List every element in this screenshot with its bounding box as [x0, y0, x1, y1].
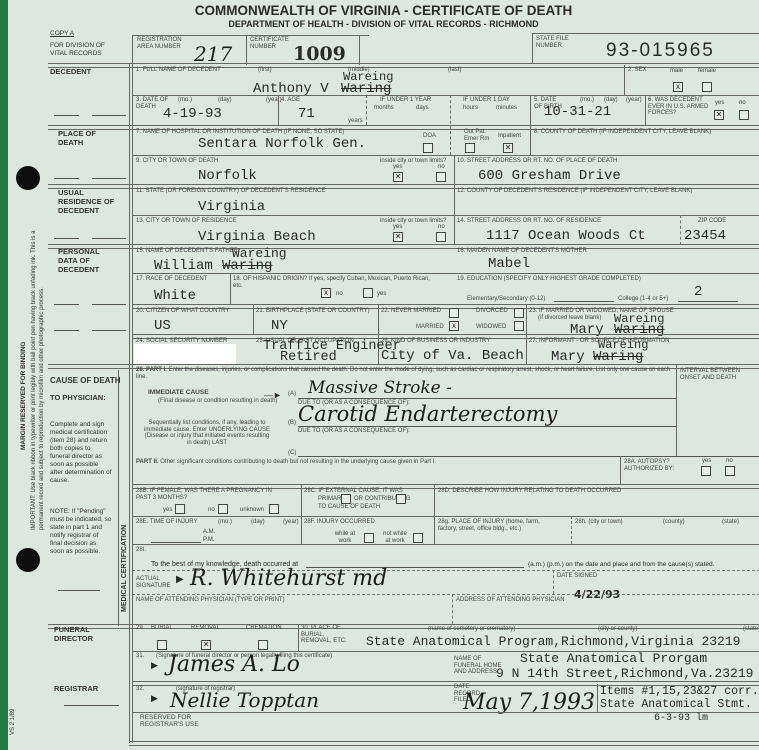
city-of-death-label: 9. CITY OR TOWN OF DEATH: [136, 158, 218, 165]
death-inside-limits-no[interactable]: [436, 172, 446, 182]
birthplace-label: 21. BIRTHPLACE (state or country): [256, 308, 370, 315]
date-of-death-value: 4-19-93: [163, 106, 222, 122]
reserved-label: RESERVED FOR REGISTRAR'S USE: [140, 715, 210, 728]
education-college-value: 2: [694, 284, 702, 300]
hispanic-no-checkbox[interactable]: x: [321, 288, 331, 298]
section-funeral-director: FUNERAL DIRECTOR: [54, 625, 114, 643]
funeral-director-signature[interactable]: James A. Lo: [168, 652, 300, 677]
inpatient-checkbox[interactable]: ✕: [503, 143, 513, 153]
place-injury-label: 28g. PLACE OF INJURY (home, farm, factor…: [438, 519, 548, 532]
never-married-label: 22. NEVER MARRIED: [381, 308, 441, 315]
autopsy-yes-checkbox[interactable]: [701, 466, 711, 476]
not-at-work-checkbox[interactable]: [413, 533, 423, 543]
correction-line-3: 6-3-93 lm: [654, 713, 708, 724]
age-value: 71: [298, 106, 315, 122]
zip-label: ZIP CODE: [698, 218, 726, 225]
physician-signature[interactable]: R. Whitehurst md: [190, 566, 387, 591]
external-cause-label: 28c. IF EXTERNAL CAUSE, IT WAS: [304, 488, 403, 495]
father-first: William: [154, 258, 213, 274]
father-last-correction: Wareing: [232, 246, 287, 261]
autopsy-no-checkbox[interactable]: [725, 466, 735, 476]
doa-checkbox[interactable]: [423, 143, 433, 153]
county-of-death-label: 8. COUNTY OF DEATH (if independent city,…: [534, 129, 711, 136]
never-married-checkbox[interactable]: [449, 308, 459, 318]
sex-female-checkbox[interactable]: [702, 82, 712, 92]
business-value: City of Va. Beach: [381, 348, 524, 364]
arrow-icon: ▶: [151, 693, 158, 704]
occupation-line2: Retired: [280, 350, 337, 365]
informant-first: Mary: [551, 349, 585, 365]
sex-male-label: male: [670, 68, 683, 75]
sequential-instructions: Sequentially list conditions, if any, le…: [142, 420, 272, 446]
external-primary-checkbox[interactable]: [341, 494, 351, 504]
section-usual-residence: USUAL RESIDENCE OF DECEDENT: [58, 188, 128, 215]
removal-checkbox[interactable]: ✕: [201, 640, 211, 650]
outpatient-checkbox[interactable]: [465, 143, 475, 153]
residence-street-value: 1117 Ocean Woods Ct: [486, 228, 646, 244]
hospital-value: Sentara Norfolk Gen.: [198, 136, 366, 152]
certificate-title: COMMONWEALTH OF VIRGINIA - CERTIFICATE O…: [8, 3, 759, 18]
correction-line-1: Items #1,15,23&27 corr.by: [600, 685, 759, 698]
death-street-value: 600 Gresham Drive: [478, 168, 621, 184]
armed-forces-label: 6. WAS DECEDENT EVER IN U.S. ARMED FORCE…: [648, 97, 710, 117]
state-file-value: 93-015965: [606, 40, 715, 62]
registration-area-label: REGISTRATION AREA NUMBER: [137, 37, 197, 50]
residence-city-label: 13. CITY OR TOWN OF RESIDENCE: [136, 218, 237, 225]
binding-hole-top: [16, 166, 40, 190]
cause-line-b: Carotid Endarterectomy: [298, 402, 557, 426]
state-file-label: STATE FILE NUMBER: [536, 36, 576, 49]
citizen-value: US: [154, 318, 171, 334]
mother-value: Mabel: [488, 256, 530, 272]
binding-margin-text: MARGIN RESERVED FOR BINDING: [20, 341, 27, 450]
actual-signature-label: ACTUAL SIGNATURE: [136, 576, 171, 589]
arrow-icon: ▶: [176, 574, 184, 585]
mother-label: 16. MAIDEN NAME OF DECEDENT'S MOTHER: [457, 248, 587, 255]
arrow-icon: —►: [264, 390, 282, 400]
certificate-number-value: 1009: [293, 43, 346, 65]
under-1-year-label: IF UNDER 1 YEAR: [380, 97, 431, 104]
residence-state-value: Virginia: [198, 199, 265, 215]
hispanic-yes-checkbox[interactable]: [363, 288, 373, 298]
time-of-injury-label: 28e. TIME OF INJURY: [136, 519, 197, 526]
sex-male-checkbox[interactable]: x: [673, 82, 683, 92]
part2-label: PART II. Other significant conditions co…: [136, 459, 436, 466]
section-decedent: DECEDENT: [50, 67, 91, 76]
pregnancy-no-checkbox[interactable]: [218, 504, 228, 514]
form-code: VS 2 1/89: [10, 709, 16, 735]
divorced-checkbox[interactable]: [514, 308, 524, 318]
correction-line-2: State Anatomical Stmt.: [600, 698, 752, 711]
to-physician-label: TO PHYSICIAN:: [50, 393, 110, 402]
under-1-day-label: IF UNDER 1 DAY: [463, 97, 510, 104]
sex-female-label: female: [698, 68, 716, 75]
medical-certification-label: MEDICAL CERTIFICATION: [121, 525, 128, 612]
business-label: 26. KIND OF BUSINESS OR INDUSTRY: [381, 338, 490, 345]
copy-label: COPY A: [50, 30, 74, 38]
cause-line-a: Massive Stroke -: [308, 378, 452, 398]
last-label: (last): [448, 67, 461, 74]
copy-for: FOR DIVISION OF VITAL RECORDS: [50, 42, 120, 58]
education-label: 19. EDUCATION (Specify only highest grad…: [457, 276, 641, 283]
interval-label: INTERVAL BETWEEN ONSET AND DEATH: [680, 368, 750, 381]
father-label: 15. NAME OF DECEDENT'S FATHER: [136, 248, 238, 255]
residence-city-value: Virginia Beach: [198, 229, 316, 245]
birthplace-value: NY: [271, 318, 288, 334]
registrar-signature[interactable]: Nellie Topptan: [170, 688, 319, 712]
zip-value: 23454: [684, 228, 726, 244]
pregnancy-unknown-checkbox[interactable]: [269, 504, 279, 514]
widowed-checkbox[interactable]: [514, 321, 524, 331]
armed-forces-no-checkbox[interactable]: [739, 110, 749, 120]
cremation-checkbox[interactable]: [258, 640, 268, 650]
armed-forces-yes-checkbox[interactable]: ✕: [714, 110, 724, 120]
death-inside-limits-yes[interactable]: ✕: [393, 172, 403, 182]
certificate-number-label: CERTIFICATE NUMBER: [250, 37, 290, 50]
full-name-label: 1. FULL NAME OF DECEDENT: [136, 67, 221, 74]
knowledge-tail: (a.m.) (p.m.) on the date and place and …: [528, 561, 714, 568]
dob-value: 10-31-21: [544, 104, 611, 120]
sex-label: 2. SEX: [628, 67, 647, 74]
immediate-cause-label: IMMEDIATE CAUSE: [148, 390, 209, 397]
binding-hole-bottom: [16, 548, 40, 572]
attending-name-label: NAME OF ATTENDING PHYSICIAN (Type or pri…: [136, 597, 285, 604]
race-label: 17. RACE OF DECEDENT: [136, 276, 207, 283]
death-street-label: 10. STREET ADDRESS OR RT. NO. OF PLACE O…: [457, 158, 617, 165]
citizen-label: 20. CITIZEN OF WHAT COUNTRY: [136, 308, 229, 315]
residence-state-label: 11. STATE (OR FOREIGN COUNTRY) OF DECEDE…: [136, 188, 325, 195]
first-label: (first): [258, 67, 272, 74]
date-signed-label: DATE SIGNED: [557, 573, 597, 580]
hispanic-label: 18. OF HISPANIC ORIGIN? If yes, specify …: [233, 276, 433, 289]
married-checkbox[interactable]: x: [449, 321, 459, 331]
external-contributing-checkbox[interactable]: [396, 494, 406, 504]
residence-inside-limits-yes[interactable]: ✕: [393, 232, 403, 242]
section-registrar: REGISTRAR: [54, 684, 98, 693]
physician-instructions: Complete and sign medical certification …: [50, 421, 112, 485]
residence-county-label: 12. COUNTY OF DECEDENT'S RESIDENCE (if i…: [457, 188, 692, 195]
race-value: White: [154, 288, 196, 304]
important-note: IMPORTANT: Use black ribbon in typewrite…: [30, 210, 46, 530]
age-label: 4. AGE: [281, 97, 300, 104]
section-cause-of-death: CAUSE OF DEATH: [50, 376, 121, 385]
department-subtitle: DEPARTMENT OF HEALTH - DIVISION OF VITAL…: [8, 19, 759, 29]
section-place-of-death: PLACE OF DEATH: [58, 129, 118, 147]
attending-address-label: ADDRESS OF ATTENDING PHYSICIAN: [456, 597, 565, 604]
city-of-death-value: Norfolk: [198, 168, 257, 184]
arrow-icon: ▶: [151, 660, 158, 671]
describe-injury-label: 28d. DESCRIBE HOW INJURY RELATING TO DEA…: [438, 488, 621, 495]
residence-inside-limits-no[interactable]: [436, 232, 446, 242]
pregnancy-label: 28b. IF FEMALE, WAS THERE A PREGNANCY IN…: [136, 488, 286, 501]
autopsy-label: 28a. AUTOPSY? AUTHORIZED BY:: [624, 459, 694, 472]
spouse-last-correction: Wareing: [614, 312, 664, 326]
informant-last-correction: Wareing: [598, 338, 648, 352]
decedent-last-correction: Wareing: [343, 70, 393, 84]
at-work-checkbox[interactable]: [364, 533, 374, 543]
place-of-burial-label: 30. PLACE OF BURIAL, REMOVAL, ETC.: [301, 625, 351, 645]
residence-street-label: 14. STREET ADDRESS OR RT. NO. OF RESIDEN…: [457, 218, 601, 225]
ssn-redacted: [134, 344, 236, 364]
injury-occurred-label: 28f. INJURY OCCURRED: [304, 519, 375, 526]
hospital-label: 7. NAME OF HOSPITAL OR INSTITUTION OF DE…: [136, 129, 344, 136]
burial-checkbox[interactable]: [157, 640, 167, 650]
funeral-home-address: 9 N 14th Street,Richmond,Va.23219: [496, 666, 753, 681]
death-certificate: MARGIN RESERVED FOR BINDING IMPORTANT: U…: [8, 0, 759, 750]
section-personal-data: PERSONAL DATA OF DECEDENT: [58, 247, 118, 274]
pending-note: NOTE: If "Pending" must be indicated, so…: [50, 508, 112, 556]
funeral-home-name: State Anatomical Prorgam: [520, 651, 707, 666]
pregnancy-yes-checkbox[interactable]: [175, 504, 185, 514]
place-of-burial-value: State Anatomical Program,Richmond,Virgin…: [366, 634, 740, 649]
